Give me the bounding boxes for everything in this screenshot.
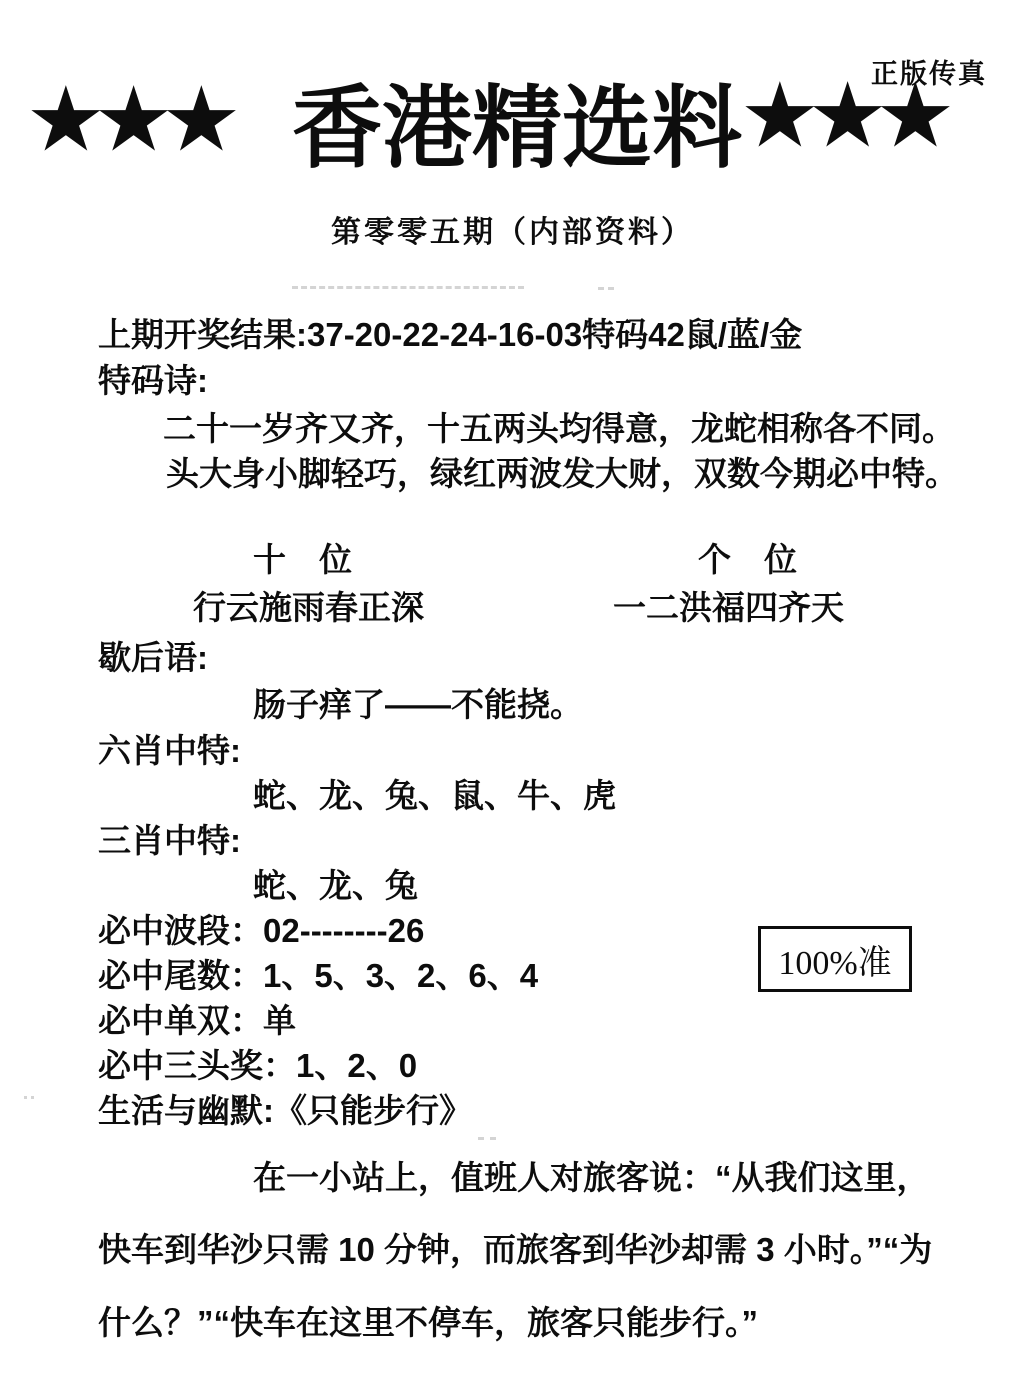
page-title: 香港精选料 — [292, 84, 742, 174]
issue-line: 第零零五期（内部资料） — [0, 207, 1025, 251]
poem-line-1: 二十一岁齐又齐，十五两头均得意，龙蛇相称各不同。 — [163, 412, 955, 445]
stars-right-decoration: ★★★ — [744, 76, 947, 156]
scan-artifact — [478, 1137, 496, 1140]
humor-paragraph-line: 快车到华沙只需 10 分钟，而旅客到华沙却需 3 小时。”“为 — [98, 1233, 932, 1266]
six-zodiac-value: 蛇、龙、兔、鼠、牛、虎 — [253, 779, 616, 812]
special-code-poem-label: 特码诗: — [98, 364, 208, 397]
previous-result-line: 上期开奖结果:37-20-22-24-16-03特码42鼠/蓝/金 — [98, 318, 802, 351]
accuracy-stamp-box: 100%准 — [758, 926, 912, 992]
poem-line-2: 头大身小脚轻巧，绿红两波发大财，双数今期必中特。 — [166, 457, 958, 490]
scan-artifact — [292, 286, 524, 289]
odd-even-line: 必中单双：单 — [98, 1004, 296, 1037]
six-zodiac-label: 六肖中特: — [98, 734, 241, 767]
tens-column-verse: 行云施雨春正深 — [193, 591, 424, 624]
fax-lottery-sheet: 正版传真 ★★★ 香港精选料 ★★★ 第零零五期（内部资料） 上期开奖结果:37… — [0, 0, 1025, 1388]
tens-column-header: 十 位 — [253, 543, 352, 576]
humor-paragraph-line: 什么？”“快车在这里不停车，旅客只能步行。” — [98, 1306, 758, 1339]
xiehouyu-label: 歇后语: — [98, 641, 208, 674]
accuracy-stamp-text: 100%准 — [778, 935, 891, 984]
scan-artifact — [598, 287, 614, 290]
xiehouyu-text: 肠子痒了——不能挠。 — [253, 688, 583, 721]
scan-artifact — [24, 1096, 34, 1099]
three-zodiac-value: 蛇、龙、兔 — [253, 869, 418, 902]
tail-numbers-line: 必中尾数：1、5、3、2、6、4 — [98, 959, 538, 992]
wave-band-line: 必中波段：02--------26 — [98, 914, 424, 947]
units-column-verse: 一二洪福四齐天 — [613, 591, 844, 624]
three-zodiac-label: 三肖中特: — [98, 824, 241, 857]
stars-left-decoration: ★★★ — [30, 80, 233, 160]
heads-prize-line: 必中三头奖：1、2、0 — [98, 1049, 417, 1082]
humor-title-line: 生活与幽默:《只能步行》 — [98, 1094, 472, 1127]
humor-paragraph-line: 在一小站上，值班人对旅客说：“从我们这里， — [253, 1161, 930, 1194]
units-column-header: 个 位 — [698, 543, 797, 576]
